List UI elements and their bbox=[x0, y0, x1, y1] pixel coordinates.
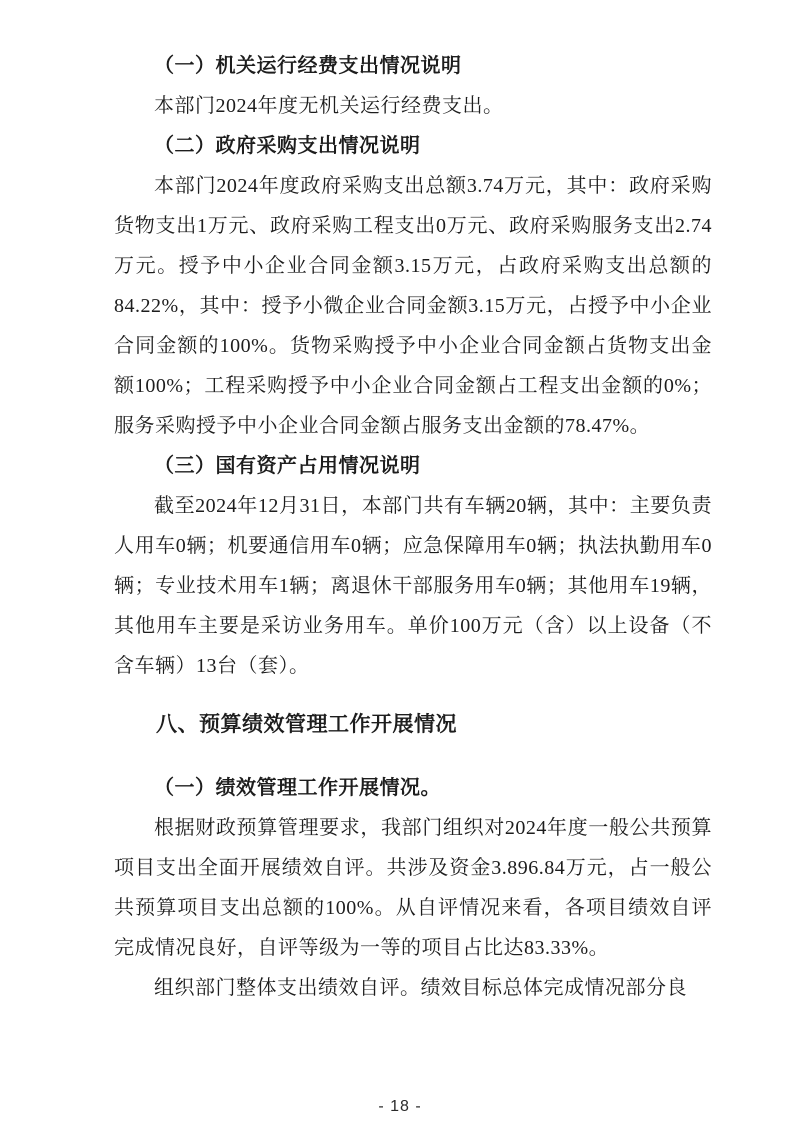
section-heading-government-procurement: （二）政府采购支出情况说明 bbox=[114, 126, 712, 166]
paragraph-performance-self-evaluation: 根据财政预算管理要求，我部门组织对2024年度一般公共预算项目支出全面开展绩效自… bbox=[114, 808, 712, 968]
section-heading-performance-work: （一）绩效管理工作开展情况。 bbox=[114, 768, 712, 808]
paragraph-overall-performance: 组织部门整体支出绩效自评。绩效目标总体完成情况部分良 bbox=[114, 968, 712, 1008]
paragraph-state-owned-assets: 截至2024年12月31日，本部门共有车辆20辆，其中：主要负责人用车0辆；机要… bbox=[114, 486, 712, 686]
paragraph-government-procurement: 本部门2024年度政府采购支出总额3.74万元，其中：政府采购货物支出1万元、政… bbox=[114, 166, 712, 446]
paragraph-agency-operating-costs: 本部门2024年度无机关运行经费支出。 bbox=[114, 86, 712, 126]
section-heading-state-owned-assets: （三）国有资产占用情况说明 bbox=[114, 446, 712, 486]
page-number: - 18 - bbox=[0, 1098, 800, 1116]
section-heading-agency-operating-costs: （一）机关运行经费支出情况说明 bbox=[114, 46, 712, 86]
document-body: （一）机关运行经费支出情况说明 本部门2024年度无机关运行经费支出。 （二）政… bbox=[114, 46, 712, 1008]
chapter-heading-performance-management: 八、预算绩效管理工作开展情况 bbox=[114, 704, 712, 746]
document-page: （一）机关运行经费支出情况说明 本部门2024年度无机关运行经费支出。 （二）政… bbox=[0, 0, 800, 1131]
